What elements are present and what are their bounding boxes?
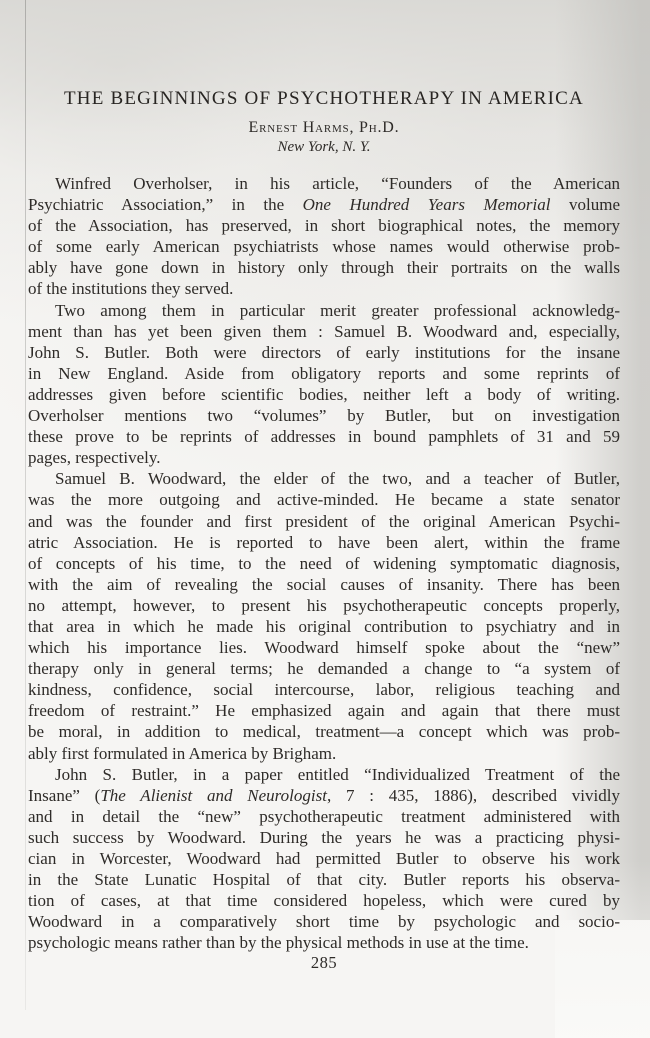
text-line: cian in Worcester, Woodward had permitte…: [28, 848, 620, 869]
text-line: freedom of restraint.” He emphasized aga…: [28, 700, 620, 721]
text-line: atric Association. He is reported to hav…: [28, 532, 620, 553]
text-line: psychologic means rather than by the phy…: [28, 932, 620, 953]
text-line: tion of cases, at that time considered h…: [28, 890, 620, 911]
text-line: addresses given before scientific bodies…: [28, 384, 620, 405]
text-line: therapy only in general terms; he demand…: [28, 658, 620, 679]
text-line: Two among them in particular merit great…: [28, 300, 620, 321]
text-line: John S. Butler, in a paper entitled “Ind…: [28, 764, 620, 785]
article-body: Winfred Overholser, in his article, “Fou…: [28, 173, 620, 953]
text-line: John S. Butler. Both were directors of e…: [28, 342, 620, 363]
paragraph: Samuel B. Woodward, the elder of the two…: [28, 468, 620, 763]
text-line: these prove to be reprints of addresses …: [28, 426, 620, 447]
text-line: in the State Lunatic Hospital of that ci…: [28, 869, 620, 890]
text-line: Winfred Overholser, in his article, “Fou…: [28, 173, 620, 194]
scan-crease-line: [25, 0, 26, 1010]
scanned-page-background: THE BEGINNINGS OF PSYCHOTHERAPY IN AMERI…: [0, 0, 650, 1038]
text-line: such success by Woodward. During the yea…: [28, 827, 620, 848]
author-location: New York, N. Y.: [28, 139, 620, 156]
text-line: of concepts of his time, to the need of …: [28, 553, 620, 574]
text-line: Overholser mentions two “volumes” by But…: [28, 405, 620, 426]
text-line: Psychiatric Association,” in the One Hun…: [28, 194, 620, 215]
text-line: no attempt, however, to present his psyc…: [28, 595, 620, 616]
text-line: and was the founder and first president …: [28, 511, 620, 532]
text-line: of some early American psychiatrists who…: [28, 236, 620, 257]
page-number: 285: [28, 953, 620, 973]
text-line: in New England. Aside from obligatory re…: [28, 363, 620, 384]
text-line: kindness, confidence, social intercourse…: [28, 679, 620, 700]
text-line: pages, respectively.: [28, 447, 620, 468]
paragraph: Two among them in particular merit great…: [28, 300, 620, 469]
text-line: Samuel B. Woodward, the elder of the two…: [28, 468, 620, 489]
text-line: of the institutions they served.: [28, 278, 620, 299]
text-line: with the aim of revealing the social cau…: [28, 574, 620, 595]
author-name: Ernest Harms, Ph.D.: [28, 119, 620, 137]
text-line: ably first formulated in America by Brig…: [28, 743, 620, 764]
text-line: was the more outgoing and active-minded.…: [28, 489, 620, 510]
article-title: THE BEGINNINGS OF PSYCHOTHERAPY IN AMERI…: [28, 88, 620, 110]
text-line: of the Association, has preserved, in sh…: [28, 215, 620, 236]
text-line: that area in which he made his original …: [28, 616, 620, 637]
text-line: ment than has yet been given them : Samu…: [28, 321, 620, 342]
text-line: which his importance lies. Woodward hims…: [28, 637, 620, 658]
article-content: THE BEGINNINGS OF PSYCHOTHERAPY IN AMERI…: [28, 0, 620, 953]
paragraph: Winfred Overholser, in his article, “Fou…: [28, 173, 620, 300]
paragraph: John S. Butler, in a paper entitled “Ind…: [28, 764, 620, 954]
text-line: ably have gone down in history only thro…: [28, 257, 620, 278]
text-line: and in detail the “new” psychotherapeuti…: [28, 806, 620, 827]
text-line: Insane” (The Alienist and Neurologist, 7…: [28, 785, 620, 806]
text-line: Woodward in a comparatively short time b…: [28, 911, 620, 932]
text-line: be moral, in addition to medical, treatm…: [28, 721, 620, 742]
